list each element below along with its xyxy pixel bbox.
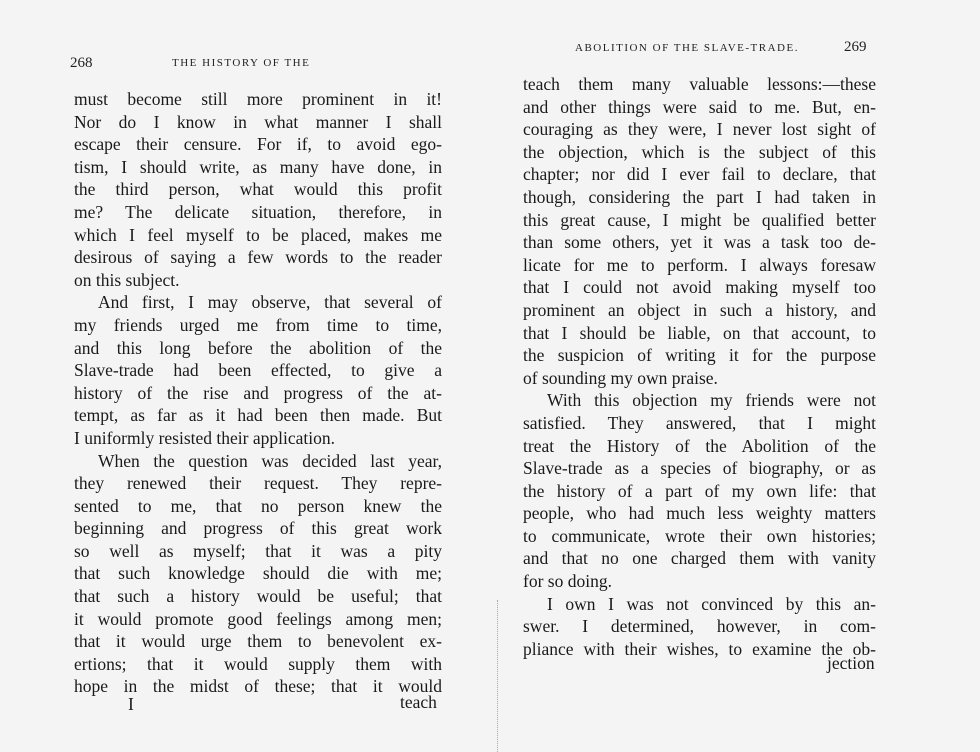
text-line: sented to me, that no person knew the xyxy=(74,495,442,518)
text-line: the third person, what would this profit xyxy=(74,178,442,201)
text-line: Slave-trade had been effected, to give a xyxy=(74,359,442,382)
text-line: it would promote good feelings among men… xyxy=(74,608,442,631)
text-line: treat the History of the Abolition of th… xyxy=(523,435,876,458)
text-line: that such a history would be useful; tha… xyxy=(74,585,442,608)
text-line: so well as myself; that it was a pity xyxy=(74,540,442,563)
text-line: chapter; nor did I ever fail to declare,… xyxy=(523,163,876,186)
text-line: With this objection my friends were not xyxy=(523,389,876,412)
text-line: escape their censure. For if, to avoid e… xyxy=(74,133,442,156)
page-number: 269 xyxy=(844,39,867,56)
running-head: THE HISTORY OF THE xyxy=(172,57,310,69)
text-line: tism, I should write, as many have done,… xyxy=(74,156,442,179)
text-line: When the question was decided last year, xyxy=(74,450,442,473)
text-line: And first, I may observe, that several o… xyxy=(74,291,442,314)
page-number: 268 xyxy=(70,55,93,72)
signature-mark: I xyxy=(128,694,134,715)
text-line: me? The delicate situation, therefore, i… xyxy=(74,201,442,224)
text-line: the objection, which is the subject of t… xyxy=(523,141,876,164)
text-line: my friends urged me from time to time, xyxy=(74,314,442,337)
text-line: they renewed their request. They repre- xyxy=(74,472,442,495)
text-line: teach them many valuable lessons:—these xyxy=(523,73,876,96)
text-line: history of the rise and progress of the … xyxy=(74,382,442,405)
text-line: beginning and progress of this great wor… xyxy=(74,517,442,540)
text-line: and that no one charged them with vanity xyxy=(523,547,876,570)
text-line: I own I was not convinced by this an- xyxy=(523,593,876,616)
running-head: ABOLITION OF THE SLAVE-TRADE. xyxy=(575,42,799,54)
text-line: desirous of saying a few words to the re… xyxy=(74,246,442,269)
text-line: pliance with their wishes, to examine th… xyxy=(523,638,876,661)
text-line: and this long before the abolition of th… xyxy=(74,337,442,360)
text-line: and other things were said to me. But, e… xyxy=(523,96,876,119)
text-line: though, considering the part I had taken… xyxy=(523,186,876,209)
text-line: satisfied. They answered, that I might xyxy=(523,412,876,435)
catchword: jection xyxy=(827,653,875,674)
text-line: that I should be liable, on that account… xyxy=(523,322,876,345)
catchword: teach xyxy=(400,692,437,713)
text-line: the suspicion of writing it for the purp… xyxy=(523,344,876,367)
right-page: ABOLITION OF THE SLAVE-TRADE. 269 teach … xyxy=(490,0,980,752)
text-line: couraging as they were, I never lost sig… xyxy=(523,118,876,141)
text-line: must become still more prominent in it! xyxy=(74,88,442,111)
text-line: I uniformly resisted their application. xyxy=(74,427,442,450)
text-line: which I feel myself to be placed, makes … xyxy=(74,224,442,247)
text-line: on this subject. xyxy=(74,269,442,292)
text-line: ertions; that it would supply them with xyxy=(74,653,442,676)
left-page: 268 THE HISTORY OF THE must become still… xyxy=(0,0,490,752)
text-line: licate for me to perform. I always fores… xyxy=(523,254,876,277)
text-line: of sounding my own praise. xyxy=(523,367,876,390)
body-text: must become still more prominent in it! … xyxy=(74,88,442,698)
text-line: Slave-trade as a species of biography, o… xyxy=(523,457,876,480)
text-line: that such knowledge should die with me; xyxy=(74,562,442,585)
text-line: for so doing. xyxy=(523,570,876,593)
text-line: people, who had much less weighty matter… xyxy=(523,502,876,525)
text-line: prominent an object in such a history, a… xyxy=(523,299,876,322)
text-line: swer. I determined, however, in com- xyxy=(523,615,876,638)
text-line: tempt, as far as it had been then made. … xyxy=(74,404,442,427)
body-text: teach them many valuable lessons:—these … xyxy=(523,73,876,660)
text-line: the history of a part of my own life: th… xyxy=(523,480,876,503)
text-line: than some others, yet it was a task too … xyxy=(523,231,876,254)
text-line: this great cause, I might be qualified b… xyxy=(523,209,876,232)
text-line: to communicate, wrote their own historie… xyxy=(523,525,876,548)
text-line: that it would urge them to benevolent ex… xyxy=(74,630,442,653)
text-line: Nor do I know in what manner I shall xyxy=(74,111,442,134)
text-line: that I could not avoid making myself too xyxy=(523,276,876,299)
